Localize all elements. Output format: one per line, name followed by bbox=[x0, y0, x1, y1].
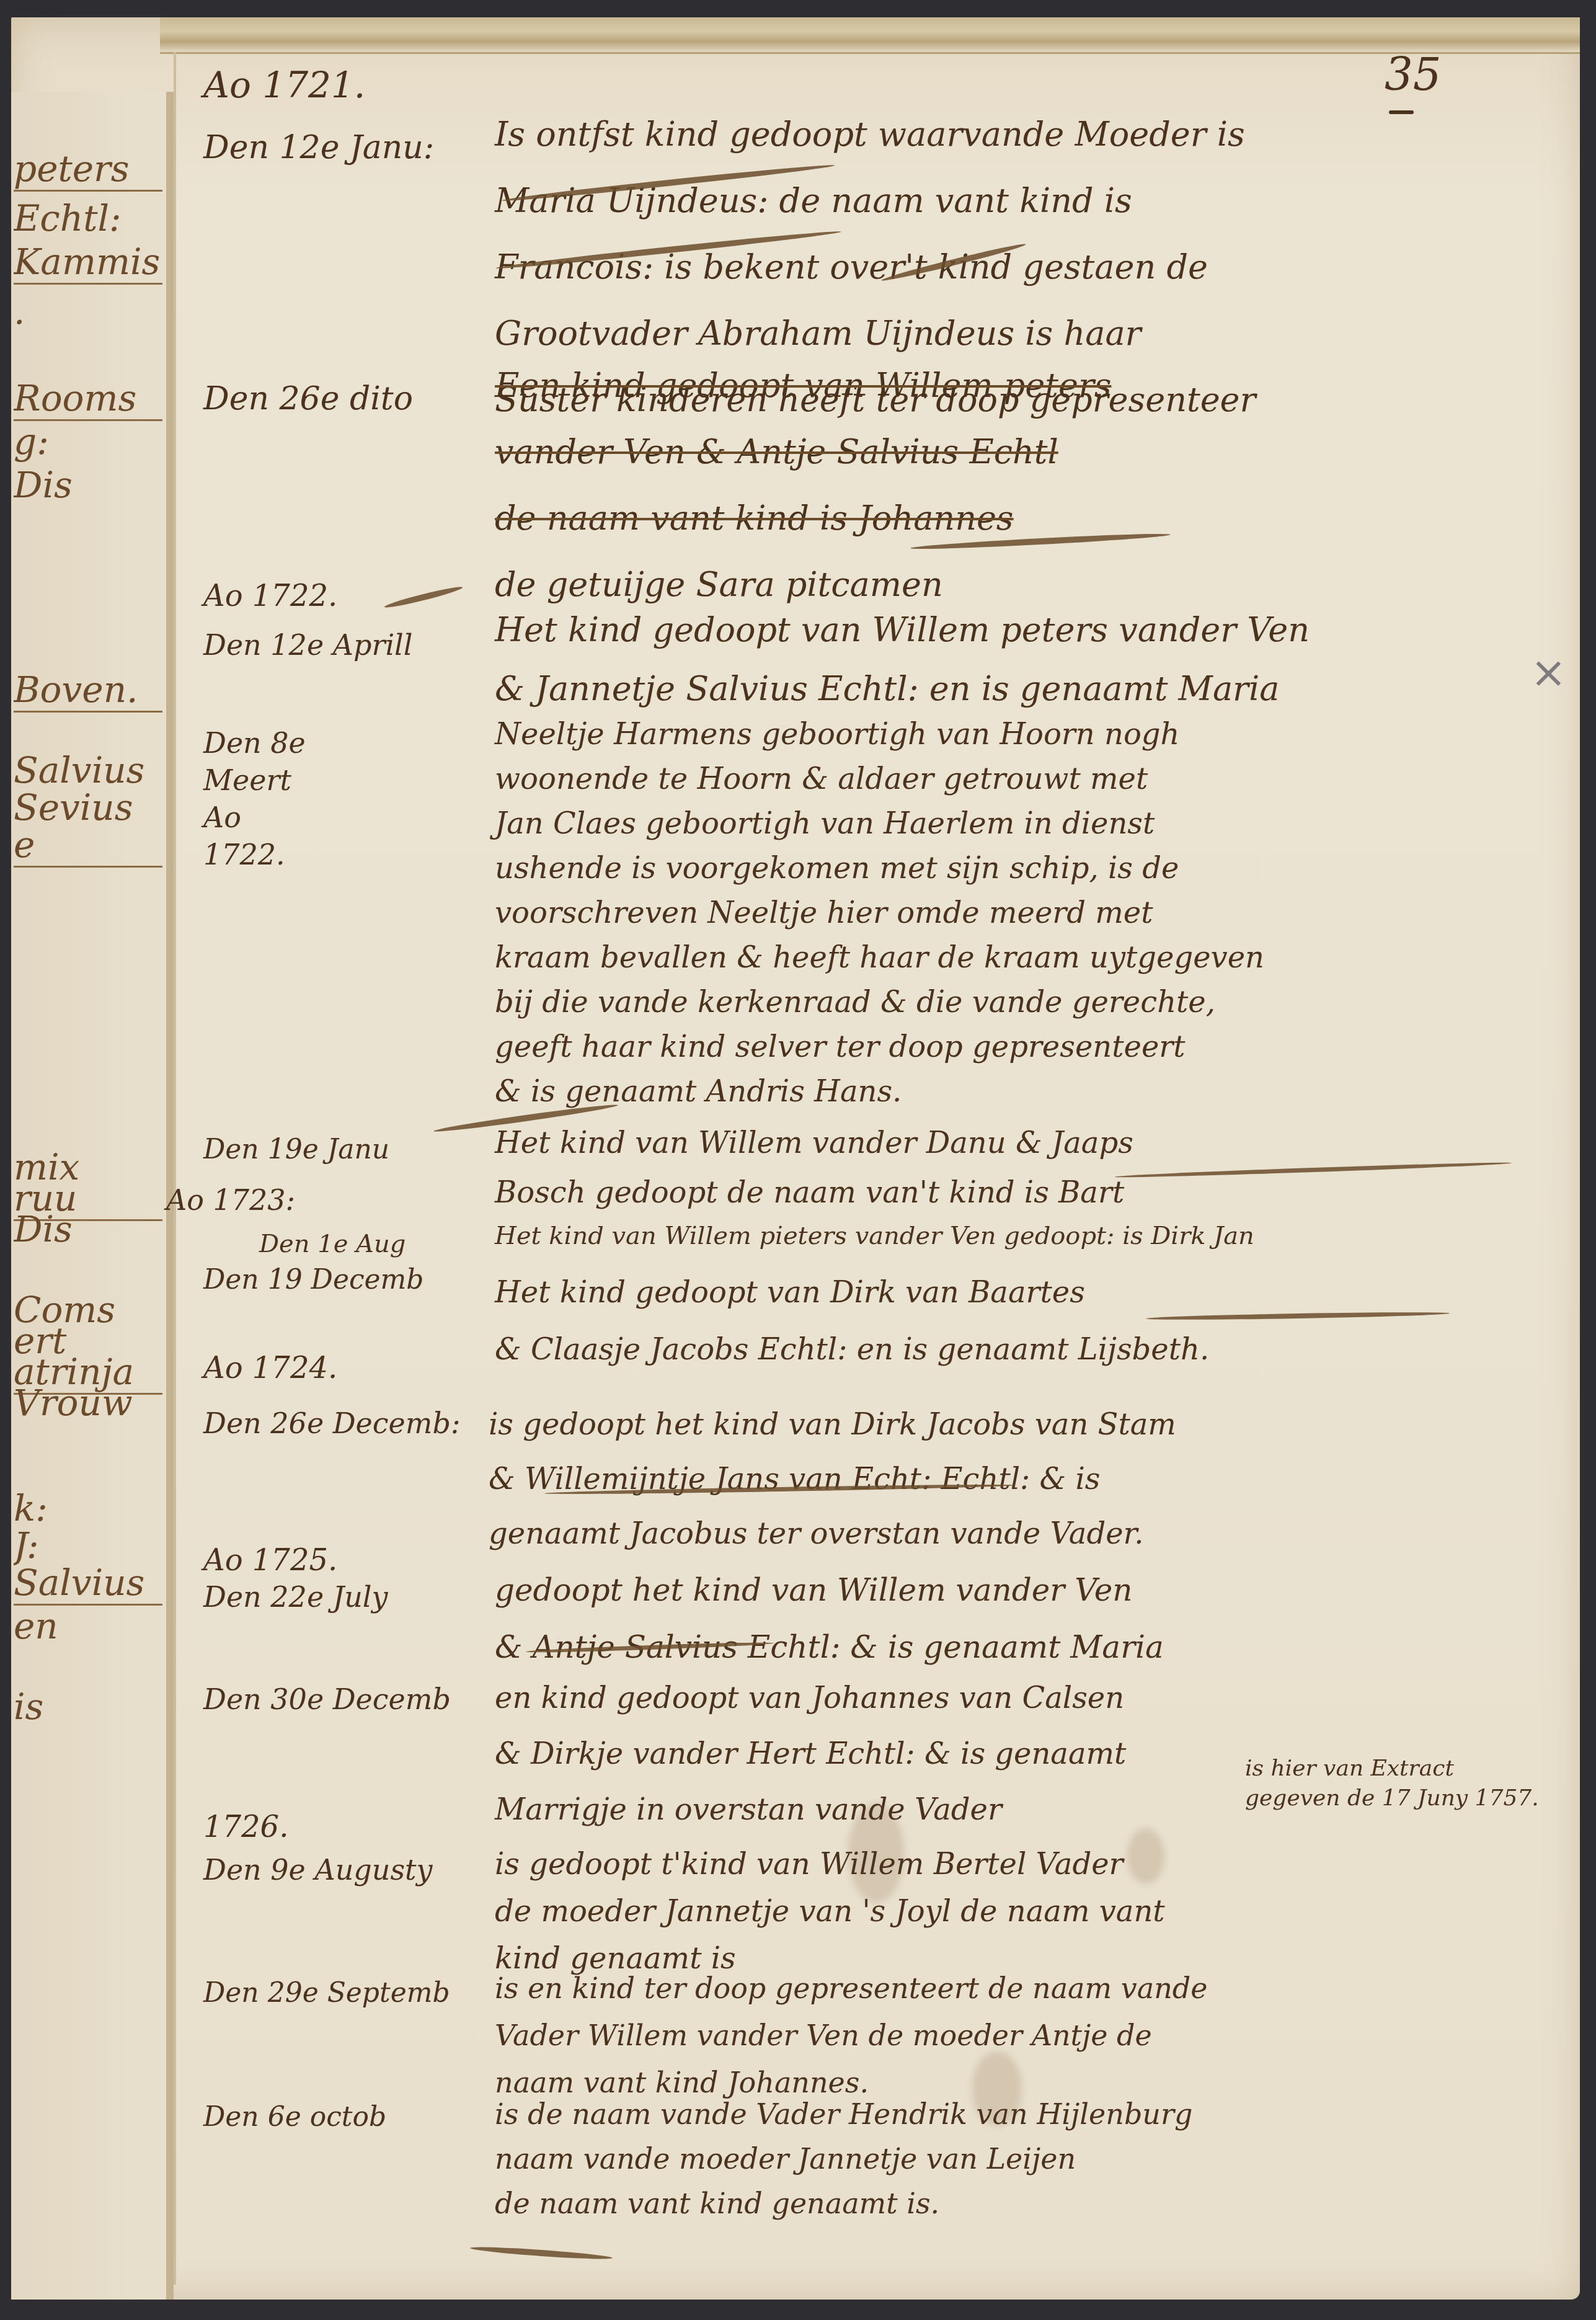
entry-date: Den 12e Janu: bbox=[203, 129, 434, 166]
entry-line: de moeder Jannetje van 's Joyl de naam v… bbox=[495, 1888, 1561, 1935]
entry-line: kraam bevallen & heeft haar de kraam uyt… bbox=[495, 935, 1561, 980]
register-entry: Een kind gedoopt van Willem peters vande… bbox=[495, 352, 1561, 618]
margin-x-mark: × bbox=[1530, 647, 1567, 698]
facing-page-word: Sevius bbox=[14, 786, 162, 829]
entry-line: & is genaamt Andris Hans. bbox=[495, 1069, 1561, 1114]
page-top-edge bbox=[160, 17, 1580, 54]
entry-date: Den 19 Decemb bbox=[203, 1264, 424, 1296]
facing-page-word: g: bbox=[14, 420, 162, 463]
entry-line: is de naam vande Vader Hendrik van Hijle… bbox=[495, 2092, 1561, 2136]
facing-page-word: Boven. bbox=[14, 669, 162, 713]
entry-line: bij die vande kerkenraad & die vande ger… bbox=[495, 980, 1561, 1024]
facing-page-word: e bbox=[14, 824, 162, 868]
entry-line: Jan Claes geboortigh van Haerlem in dien… bbox=[495, 801, 1561, 846]
year-heading: Ao 1721. bbox=[203, 64, 365, 106]
underline-flourish bbox=[384, 584, 464, 610]
entry-date: Den 19e Janu bbox=[203, 1134, 389, 1165]
register-entry: Het kind van Willem pieters vander Ven g… bbox=[495, 1217, 1561, 1255]
entry-line: ushende is voorgekomen met sijn schip, i… bbox=[495, 846, 1561, 891]
year-heading: 1726. bbox=[203, 1810, 288, 1844]
entry-line: Vader Willem vander Ven de moeder Antje … bbox=[495, 2012, 1561, 2059]
register-entry: is gedoopt het kind van Dirk Jacobs van … bbox=[489, 1397, 1555, 1561]
entry-line: is en kind ter doop gepresenteert de naa… bbox=[495, 1965, 1561, 2012]
entry-line: Het kind gedoopt van Willem peters vande… bbox=[495, 600, 1561, 659]
entry-line: Het kind van Willem pieters vander Ven g… bbox=[495, 1217, 1561, 1255]
entry-line: Francois: is bekent over't kind gestaen … bbox=[495, 234, 1561, 300]
entry-line: Bosch gedoopt de naam van't kind is Bart bbox=[495, 1168, 1561, 1217]
entry-line: en kind gedoopt van Johannes van Calsen bbox=[495, 1670, 1561, 1726]
entry-line: is gedoopt t'kind van Willem Bertel Vade… bbox=[495, 1841, 1561, 1888]
entry-line: Een kind gedoopt van Willem peters bbox=[495, 352, 1561, 419]
entry-line: de naam vant kind genaamt is. bbox=[495, 2181, 1561, 2226]
extract-note: is hier van Extract gegeven de 17 Juny 1… bbox=[1245, 1754, 1543, 1813]
facing-page-word: Salvius bbox=[14, 749, 162, 791]
facing-page-word: peters bbox=[14, 148, 162, 192]
register-entry: is en kind ter doop gepresenteert de naa… bbox=[495, 1965, 1561, 2106]
entry-line: woonende te Hoorn & aldaer getrouwt met bbox=[495, 757, 1561, 801]
facing-page-word: Dis bbox=[14, 464, 162, 506]
entry-line: Maria Uijndeus: de naam vant kind is bbox=[495, 167, 1561, 234]
entry-line: geeft haar kind selver ter doop gepresen… bbox=[495, 1024, 1561, 1069]
facing-page-word: is bbox=[14, 1686, 162, 1728]
entry-line: & Jannetje Salvius Echtl: en is genaamt … bbox=[495, 659, 1561, 718]
entry-date: Den 26e Decemb: bbox=[203, 1407, 460, 1440]
facing-page-word: Dis bbox=[14, 1208, 162, 1250]
entry-date: Den 22e July bbox=[203, 1580, 388, 1614]
entry-date: Den 30e Decemb bbox=[203, 1682, 451, 1716]
page-number: 35 bbox=[1385, 48, 1442, 100]
register-entry: Neeltje Harmens geboortigh van Hoorn nog… bbox=[495, 712, 1561, 1114]
facing-page-word: Kammis bbox=[14, 241, 162, 285]
entry-date: Den 12e Aprill bbox=[203, 628, 413, 662]
entry-date: Den 8e Meert Ao 1722. bbox=[203, 724, 327, 873]
entry-line: voorschreven Neeltje hier omde meerd met bbox=[495, 891, 1561, 935]
register-entry: Het kind gedoopt van Dirk van Baartes & … bbox=[495, 1264, 1561, 1378]
entry-date: Den 29e Septemb bbox=[203, 1977, 450, 2009]
year-heading: Ao 1723: bbox=[166, 1183, 295, 1217]
register-entry: gedoopt het kind van Willem vander Ven &… bbox=[495, 1562, 1561, 1676]
entry-line: Neeltje Harmens geboortigh van Hoorn nog… bbox=[495, 712, 1561, 757]
entry-line: naam vande moeder Jannetje van Leijen bbox=[495, 2136, 1561, 2181]
facing-page-fragment: peters Echtl: Kammis . Rooms g: Dis Bove… bbox=[11, 92, 174, 2300]
entry-date: Den 6e octob bbox=[203, 2101, 386, 2133]
entry-date: Den 26e dito bbox=[203, 380, 413, 417]
facing-page-word: Salvius bbox=[14, 1562, 162, 1606]
facing-page-word: en bbox=[14, 1605, 162, 1647]
facing-page-word: Echtl: bbox=[14, 197, 162, 239]
facing-page-word: Vrouw bbox=[14, 1382, 162, 1424]
facing-page-word: Rooms bbox=[14, 377, 162, 421]
register-entry: is de naam vande Vader Hendrik van Hijle… bbox=[495, 2092, 1561, 2226]
register-entry: is gedoopt t'kind van Willem Bertel Vade… bbox=[495, 1841, 1561, 1982]
year-heading: Ao 1725. bbox=[203, 1543, 337, 1578]
closing-flourish bbox=[470, 2245, 613, 2261]
entry-date: Den 9e Augusty bbox=[203, 1853, 432, 1887]
entry-line: Is ontfst kind gedoopt waarvande Moeder … bbox=[495, 101, 1561, 167]
page-gutter-line bbox=[174, 52, 176, 2285]
entry-line: Het kind van Willem vander Danu & Jaaps bbox=[495, 1118, 1561, 1168]
facing-page-word: . bbox=[14, 290, 162, 332]
entry-line: gedoopt het kind van Willem vander Ven bbox=[495, 1562, 1561, 1619]
facing-page-word: k: bbox=[14, 1487, 162, 1529]
entry-line: is gedoopt het kind van Dirk Jacobs van … bbox=[489, 1397, 1555, 1452]
entry-line: genaamt Jacobus ter overstan vande Vader… bbox=[489, 1506, 1555, 1561]
register-page: peters Echtl: Kammis . Rooms g: Dis Bove… bbox=[11, 17, 1580, 2300]
entry-line: & Claasje Jacobs Echtl: en is genaamt Li… bbox=[495, 1321, 1561, 1378]
entry-line: vander Ven & Antje Salvius Echtl bbox=[495, 419, 1561, 485]
facing-page-word: J: bbox=[14, 1524, 162, 1567]
year-heading: Ao 1724. bbox=[203, 1351, 337, 1385]
entry-date: Den 1e Aug bbox=[259, 1230, 406, 1258]
register-entry: Het kind gedoopt van Willem peters vande… bbox=[495, 600, 1561, 718]
entry-line: & Willemijntje Jans van Echt: Echtl: & i… bbox=[489, 1452, 1555, 1506]
year-heading: Ao 1722. bbox=[203, 579, 337, 613]
